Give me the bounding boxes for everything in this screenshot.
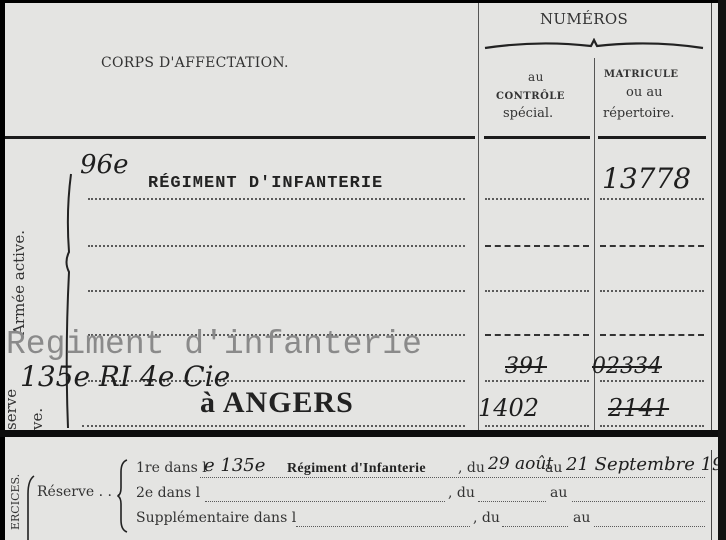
dotted-line-row3-controle [485,290,589,292]
header-rule-controle [484,136,590,139]
reserve-label: Réserve . . . [37,484,121,500]
header-rule-matricule [598,136,706,139]
reserve-ve-side-label: ve. [28,408,46,430]
dotted-line-row3 [88,290,465,292]
dotted-line-row6-matricule [600,425,704,427]
exercice-1-du-label: , du [458,460,485,476]
regiment-infanterie-faded-stamp: Regiment d'infanterie [6,326,422,363]
matricule-label: MATRICULE [604,69,679,80]
controle-struck-number: 391 [505,354,547,379]
exercice-1-handwritten-regiment: e 135e [204,455,265,476]
exercice-3-au-field [594,526,705,527]
corps-affectation-header: CORPS D'AFFECTATION. [101,55,289,71]
matricule-number: 13778 [602,162,691,195]
exercices-side-label: ERCICES. [9,474,22,530]
controle-label: CONTRÔLE [496,91,565,102]
angers-stamp: à ANGERS [200,386,354,420]
exercice-2-du-label: , du [448,485,475,501]
matricule-struck-number: 02334 [592,354,662,379]
exercice-1-dotted-line [200,477,705,478]
reserve-brace-icon [117,458,129,534]
handwritten-regiment-number: 96e [80,150,128,180]
dotted-line-row3-matricule [600,290,704,292]
matricule-new-struck-number: 2141 [608,394,669,422]
controle-new-number: 1402 [478,394,539,422]
exercice-supplementaire-label: Supplémentaire dans l [136,510,296,526]
dotted-line-row6 [82,425,465,427]
exercice-3-au-label: au [573,510,590,526]
matricule-repertoire: répertoire. [603,106,674,121]
exercice-3-du-label: , du [473,510,500,526]
exercice-1-end-date: 21 Septembre 1912 [566,454,726,475]
horizontal-brace-icon [483,38,705,54]
matricule-ou-au: ou au [626,85,662,100]
exercice-3-du-field [502,526,568,527]
column-rule-left [478,3,479,430]
dotted-line-row4-controle [485,334,589,336]
exercices-brace-icon [26,474,36,540]
dotted-line-row1-controle [485,198,589,200]
exercice-3-dotted-line [296,526,470,527]
exercice-1-label: 1re dans l [136,460,207,476]
dotted-line-row1-matricule [600,198,704,200]
exercice-2-au-label: au [550,485,567,501]
section-separator [0,430,726,437]
dotted-line-row6-controle [485,425,589,427]
dotted-line-row5-controle [485,380,589,382]
dotted-line-row2-controle [485,245,589,247]
reserve-side-label: serve [2,389,20,430]
exercice-2-au-field [572,501,705,502]
exercice-2-dotted-line [205,501,445,502]
controle-special: spécial. [503,106,553,121]
header-rule-corps [5,136,475,139]
dotted-line-row4-matricule [600,334,704,336]
numeros-header: NUMÉROS [540,10,628,28]
dotted-line-row5-matricule [600,380,704,382]
exercice-1-start-date: 29 août [488,454,553,474]
regiment-stamp: RÉGIMENT D'INFANTERIE [148,174,383,193]
exercice-2-label: 2e dans l [136,485,200,501]
dotted-line-row2-matricule [600,245,704,247]
dotted-line-row2 [88,245,465,247]
exercice-1-au-label: au [545,460,562,476]
exercice-1-regiment-stamp: Régiment d'Infanterie [287,461,426,477]
column-rule-right [711,3,712,430]
exercice-2-du-field [478,501,546,502]
armee-active-label: Armée active. [10,230,28,335]
controle-au: au [528,70,544,84]
dotted-line-row1 [88,198,465,200]
scan-right-border [718,0,726,540]
handwritten-135-ri: 135e RI 4e Cie [20,360,230,393]
